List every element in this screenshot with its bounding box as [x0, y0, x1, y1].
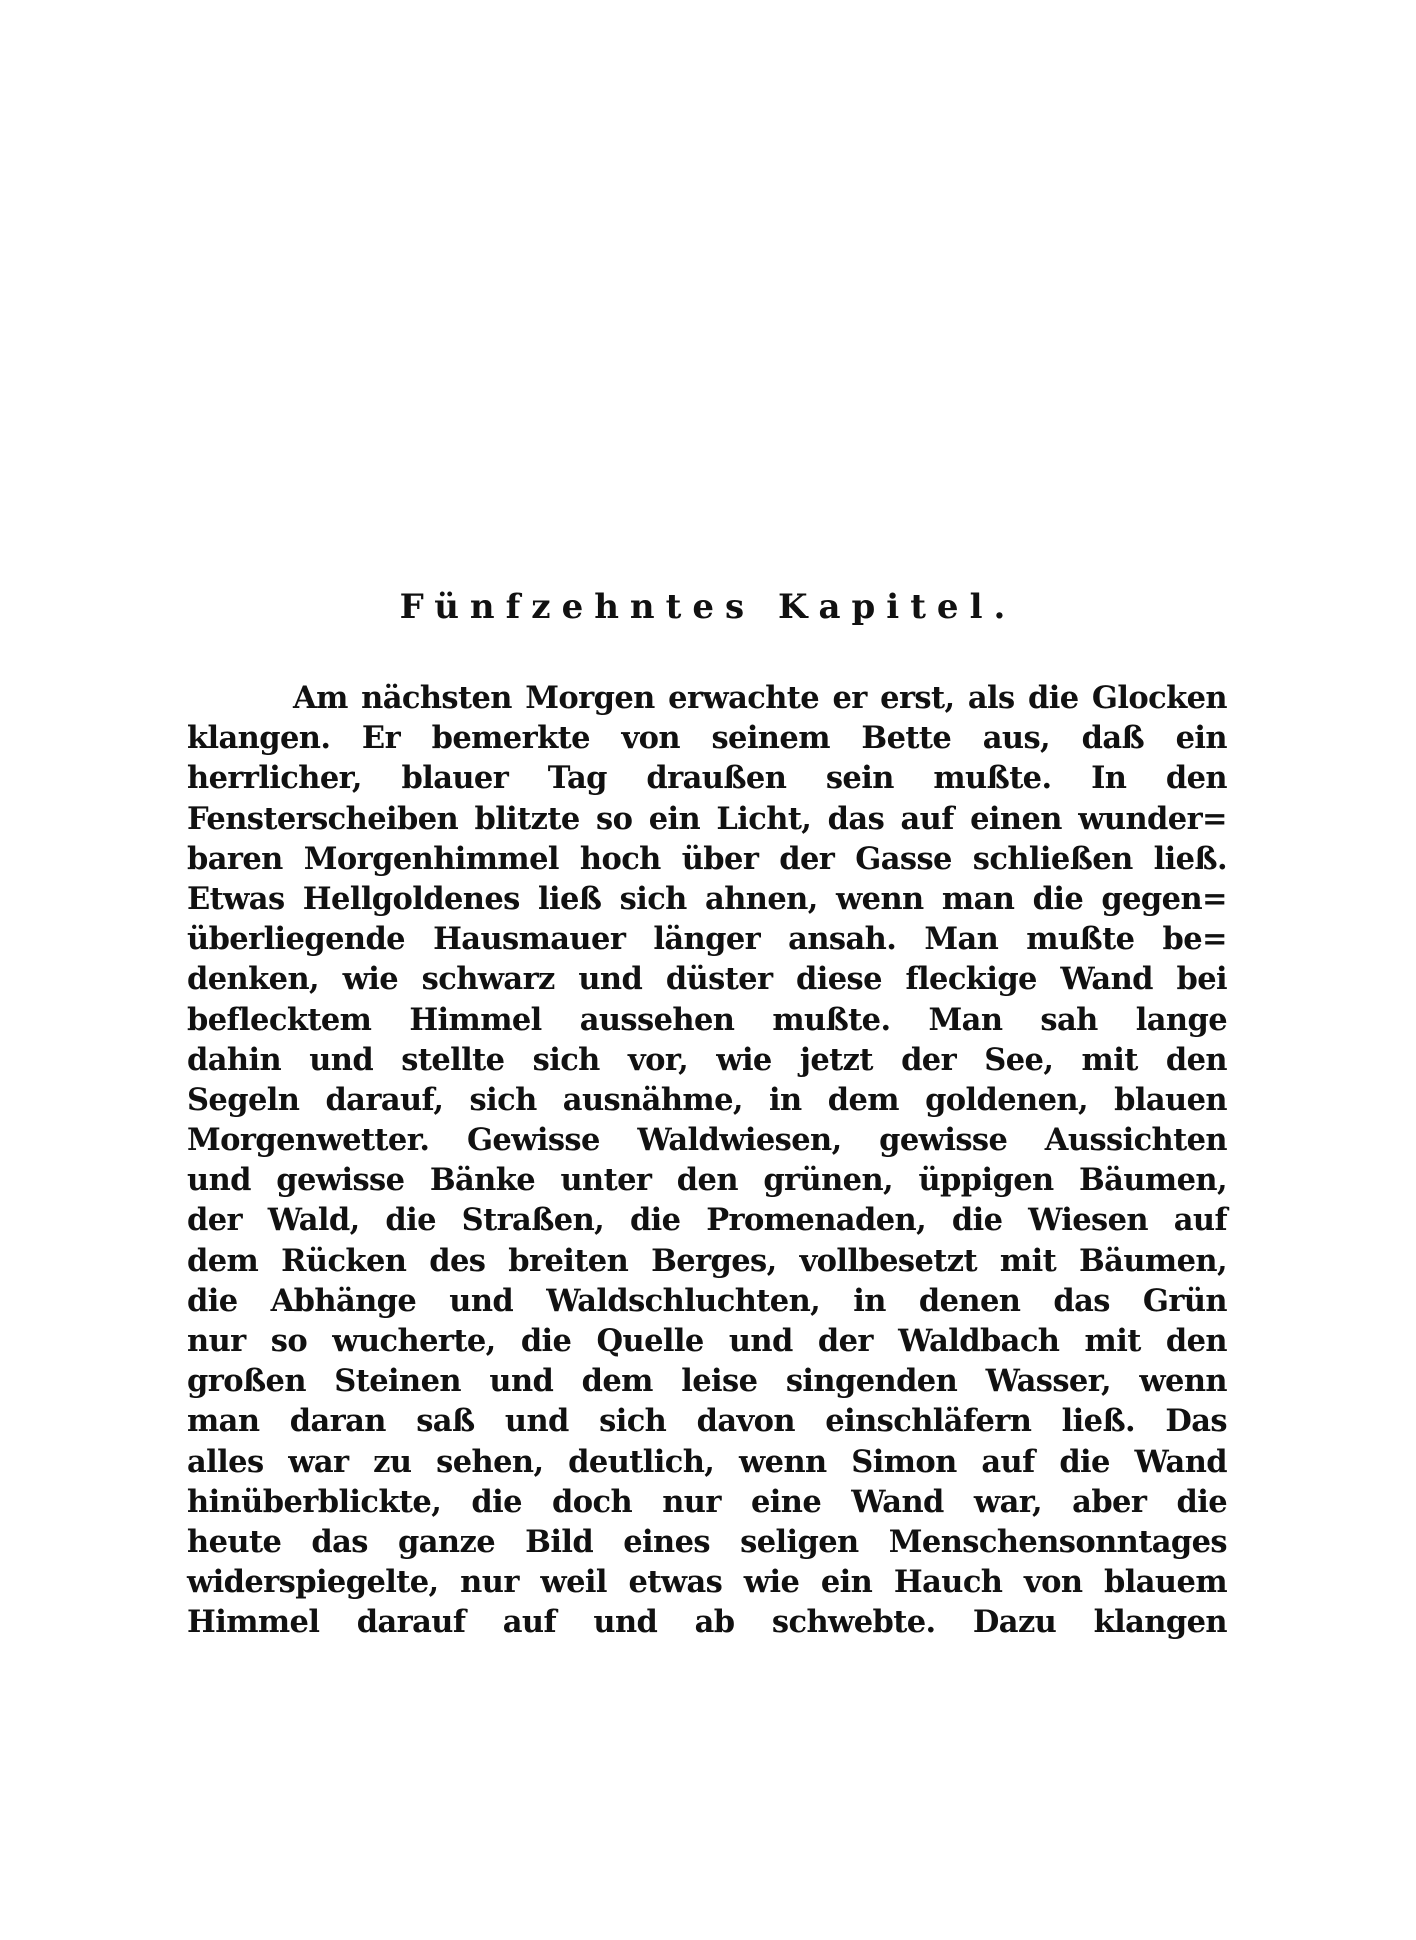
- text-line: der Wald, die Straßen, die Promenaden, d…: [187, 1200, 1227, 1240]
- text-line: Segeln darauf, sich ausnähme, in dem gol…: [187, 1080, 1227, 1120]
- text-line: nur so wucherte, die Quelle und der Wald…: [187, 1321, 1227, 1361]
- book-page: Fünfzehntes Kapitel. Am nächsten Morgen …: [0, 0, 1416, 1940]
- text-line: baren Morgenhimmel hoch über der Gasse s…: [187, 839, 1227, 879]
- text-line: alles war zu sehen, deutlich, wenn Simon…: [187, 1442, 1227, 1482]
- text-line: dahin und stellte sich vor, wie jetzt de…: [187, 1040, 1227, 1080]
- text-line: denken, wie schwarz und düster diese fle…: [187, 959, 1227, 999]
- text-line: klangen. Er bemerkte von seinem Bette au…: [187, 718, 1227, 758]
- text-line: großen Steinen und dem leise singenden W…: [187, 1361, 1227, 1401]
- text-line: Fensterscheiben blitzte so ein Licht, da…: [187, 799, 1227, 839]
- text-line: Am nächsten Morgen erwachte er erst, als…: [187, 678, 1227, 718]
- text-line: beflecktem Himmel aussehen mußte. Man sa…: [187, 1000, 1227, 1040]
- text-line: Etwas Hellgoldenes ließ sich ahnen, wenn…: [187, 879, 1227, 919]
- text-line: dem Rücken des breiten Berges, vollbeset…: [187, 1241, 1227, 1281]
- text-line: Himmel darauf auf und ab schwebte. Dazu …: [187, 1602, 1227, 1642]
- text-line: man daran saß und sich davon einschläfer…: [187, 1401, 1227, 1441]
- text-line: die Abhänge und Waldschluchten, in denen…: [187, 1281, 1227, 1321]
- chapter-title: Fünfzehntes Kapitel.: [0, 582, 1416, 632]
- text-line: herrlicher, blauer Tag draußen sein mußt…: [187, 758, 1227, 798]
- text-line: überliegende Hausmauer länger ansah. Man…: [187, 919, 1227, 959]
- text-line: heute das ganze Bild eines seligen Mensc…: [187, 1522, 1227, 1562]
- text-line: hinüberblickte, die doch nur eine Wand w…: [187, 1482, 1227, 1522]
- text-line: widerspiegelte, nur weil etwas wie ein H…: [187, 1562, 1227, 1602]
- text-line: Morgenwetter. Gewisse Waldwiesen, gewiss…: [187, 1120, 1227, 1160]
- text-line: und gewisse Bänke unter den grünen, üppi…: [187, 1160, 1227, 1200]
- body-text: Am nächsten Morgen erwachte er erst, als…: [187, 678, 1227, 1643]
